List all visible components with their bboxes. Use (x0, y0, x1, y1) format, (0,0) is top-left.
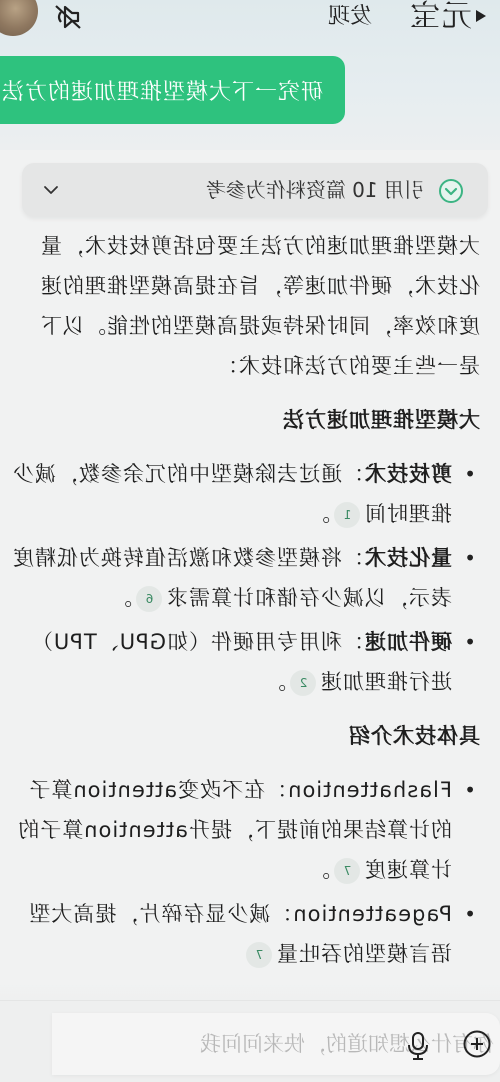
composer-bar (0, 1000, 500, 1082)
chevron-down-icon[interactable] (42, 181, 60, 199)
citation-badge[interactable]: 2 (290, 670, 316, 696)
user-avatar[interactable] (0, 0, 38, 36)
item-end: 。 (308, 858, 330, 882)
back-arrow-icon[interactable] (474, 8, 488, 24)
item-term: Pageattention (292, 902, 452, 926)
item-end: 。 (110, 586, 132, 610)
section-title-techniques: 具体技术介绍 (20, 716, 480, 756)
list-item: Pageattention：减少显存碎片，提高大型语言模型的吞吐量7 (10, 894, 480, 974)
sound-off-icon[interactable] (52, 4, 82, 30)
check-circle-icon (438, 178, 464, 204)
list-item: 硬件加速：利用专用硬件（如GPU、TPU）进行推理加速2。 (10, 622, 480, 702)
section-title-methods: 大模型推理加速方法 (20, 400, 480, 440)
answer-intro: 大模型推理加速的方法主要包括剪枝技术，量化技术，硬件加速等，旨在提高模型推理的速… (32, 226, 480, 386)
user-message-text: 研究一下大模型推理加速的方法 (1, 75, 323, 106)
assistant-answer: 大模型推理加速的方法主要包括剪枝技术，量化技术，硬件加速等，旨在提高模型推理的速… (20, 226, 480, 978)
plus-circle-icon[interactable] (462, 1029, 492, 1059)
citation-badge[interactable]: 7 (334, 858, 360, 884)
item-term: Flashattention (287, 778, 452, 802)
message-input-box[interactable] (52, 1013, 500, 1075)
app-header: 元宝 发现 (0, 0, 500, 40)
list-item: Flashattention：在不改变attention算子的计算结果的前提下，… (10, 770, 480, 890)
message-input[interactable] (140, 1013, 500, 1075)
discover-tab[interactable]: 发现 (328, 2, 372, 32)
list-item: 量化技术：将模型参数和激活值转换为低精度表示，以减少存储和计算需求6。 (10, 538, 480, 618)
methods-list: 剪枝技术：通过去除模型中的冗余参数，减少推理时间1。 量化技术：将模型参数和激活… (20, 454, 480, 702)
list-item: 剪枝技术：通过去除模型中的冗余参数，减少推理时间1。 (10, 454, 480, 534)
references-toggle[interactable]: 引用 10 篇资料作为参考 (22, 163, 488, 217)
techniques-list: Flashattention：在不改变attention算子的计算结果的前提下，… (20, 770, 480, 974)
citation-badge[interactable]: 6 (136, 586, 162, 612)
microphone-icon[interactable] (406, 1031, 430, 1061)
citation-badge[interactable]: 7 (246, 942, 272, 968)
mirrored-screen: 元宝 发现 研究一下大模型推理加速的方法 引用 10 篇资料作为参考 (0, 0, 500, 1082)
item-end: 。 (264, 670, 286, 694)
citation-badge[interactable]: 1 (334, 502, 360, 528)
item-term: 量化技术 (364, 546, 452, 570)
item-term: 硬件加速 (364, 630, 452, 654)
user-message-bubble: 研究一下大模型推理加速的方法 (0, 56, 345, 124)
item-term: 剪枝技术 (364, 462, 452, 486)
references-label: 引用 10 篇资料作为参考 (206, 175, 424, 205)
app-title: 元宝 (408, 0, 472, 34)
item-end: 。 (308, 502, 330, 526)
